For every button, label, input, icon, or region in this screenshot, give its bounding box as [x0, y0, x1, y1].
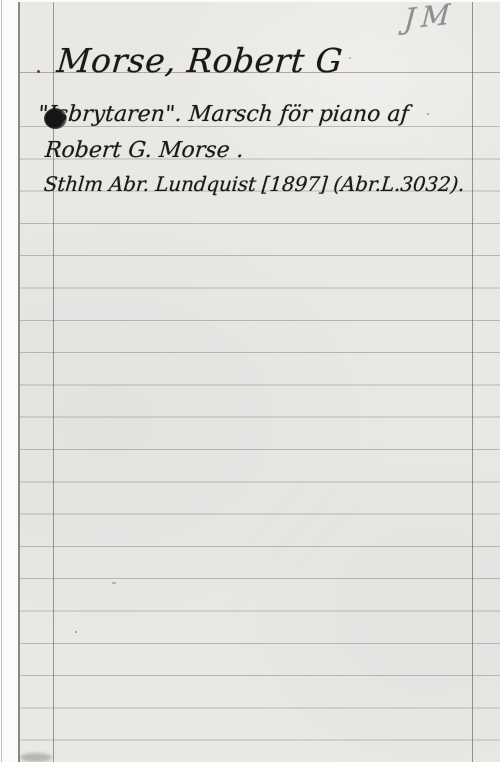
composer-line: Robert G. Morse . [44, 140, 245, 162]
bottom-edge-smudge [20, 753, 52, 762]
ink-blob [44, 108, 67, 129]
margin-dot [37, 70, 40, 73]
ruled-lines [20, 126, 500, 762]
scanned-catalog-card-page: { "card": { "pencil_initials": "JM", "he… [0, 0, 500, 762]
title-line: "Isbrytaren". Marsch för piano af [37, 104, 410, 126]
paper-speck [75, 631, 77, 633]
scan-edge-line [1, 0, 2, 762]
pencil-initials: JM [403, 0, 457, 36]
author-heading: Morse, Robert G [56, 44, 345, 77]
right-margin-line [472, 2, 473, 762]
paper-speck [112, 582, 116, 584]
paper-speck [349, 57, 351, 59]
paper-speck [427, 113, 429, 115]
catalog-card: JM Morse, Robert G "Isbrytaren". Marsch … [18, 2, 500, 762]
imprint-line: Sthlm Abr. Lundquist [1897] (Abr.L.3032)… [43, 174, 465, 194]
